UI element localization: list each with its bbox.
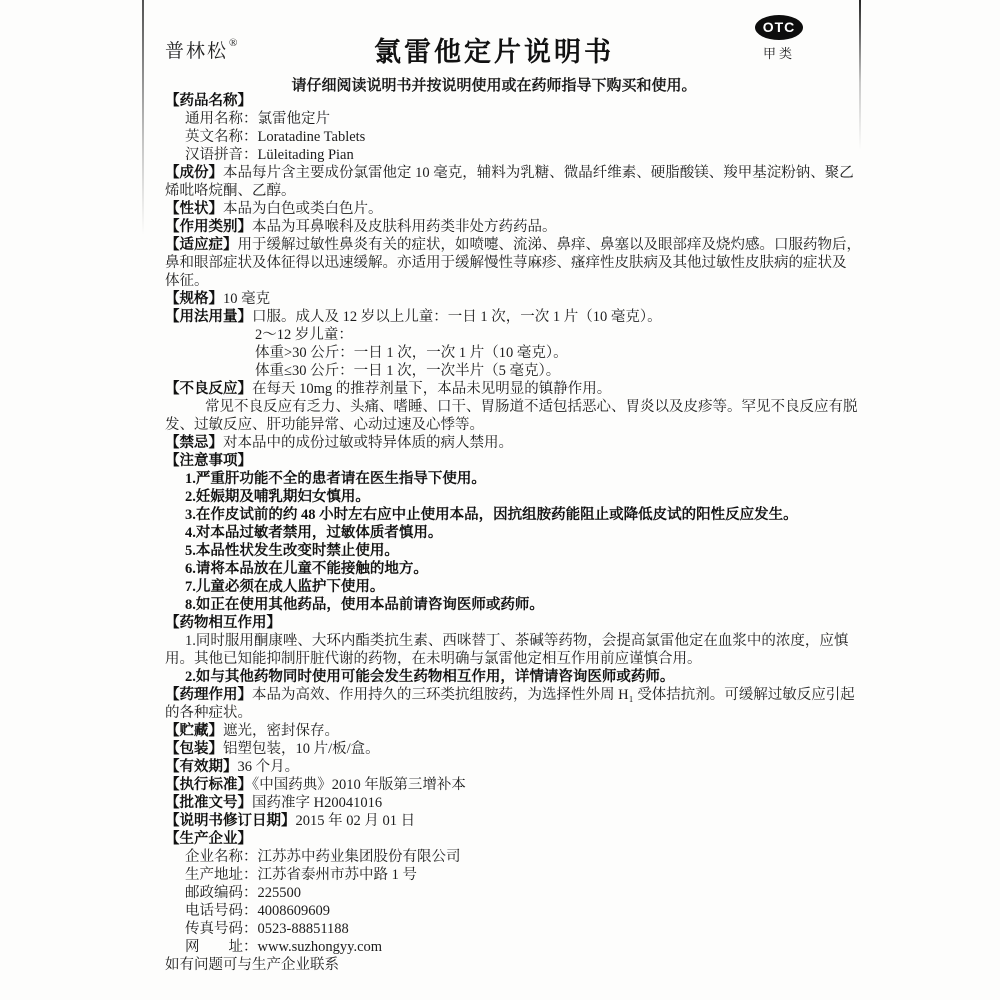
doc-text: 本品每片含主要成份氯雷他定 10 毫克，辅料为乳糖、微晶纤维素、硬脂酸镁、羧甲基… (223, 165, 854, 181)
doc-line: 传真号码：0523-88851188 (165, 920, 825, 938)
document-body: 【药品名称】通用名称：氯雷他定片英文名称：Loratadine Tablets汉… (165, 92, 825, 974)
doc-text: 烯吡咯烷酮、乙醇。 (165, 183, 296, 199)
doc-text: 邮政编码：225500 (185, 885, 301, 901)
otc-badge: OTC (755, 15, 803, 40)
doc-text: 体重>30 公斤：一日 1 次，一次 1 片（10 毫克）。 (255, 345, 568, 361)
section-heading: 【性状】 (165, 201, 223, 217)
section-heading: 【贮藏】 (165, 723, 223, 739)
section-heading: 【用法用量】 (165, 309, 252, 325)
doc-text: 电话号码：4008609609 (185, 903, 330, 919)
doc-text: 发、过敏反应、肝功能异常、心动过速及心悸等。 (165, 417, 484, 433)
doc-line: 【药理作用】本品为高效、作用持久的三环类抗组胺药，为选择性外周 H₁ 受体拮抗剂… (165, 686, 825, 704)
doc-line: 的各种症状。 (165, 704, 825, 722)
doc-text: 遮光，密封保存。 (223, 723, 339, 739)
doc-line: 【规格】10 毫克 (165, 290, 825, 308)
doc-line: 【贮藏】遮光，密封保存。 (165, 722, 825, 740)
fold-crease-right (859, 0, 861, 150)
doc-line: 如有问题可与生产企业联系 (165, 956, 825, 974)
section-heading: 【药理作用】 (165, 687, 252, 703)
doc-line: 用。其他已知能抑制肝脏代谢的药物，在未明确与氯雷他定相互作用前应谨慎合用。 (165, 650, 825, 668)
doc-line: 【说明书修订日期】2015 年 02 月 01 日 (165, 812, 825, 830)
doc-text: 2.妊娠期及哺乳期妇女慎用。 (185, 489, 370, 505)
doc-line: 邮政编码：225500 (165, 884, 825, 902)
doc-line: 6.请将本品放在儿童不能接触的地方。 (165, 560, 825, 578)
section-heading: 【药品名称】 (165, 93, 252, 109)
doc-text: 6.请将本品放在儿童不能接触的地方。 (185, 561, 428, 577)
doc-line: 【不良反应】在每天 10mg 的推荐剂量下，本品未见明显的镇静作用。 (165, 380, 825, 398)
doc-text: 2015 年 02 月 01 日 (296, 813, 416, 829)
doc-text: 口服。成人及 12 岁以上儿童：一日 1 次，一次 1 片（10 毫克）。 (252, 309, 662, 325)
doc-line: 鼻和眼部症状及体征得以迅速缓解。亦适用于缓解慢性荨麻疹、瘙痒性皮肤病及其他过敏性… (165, 254, 825, 272)
leaflet-title: 氯雷他定片说明书 (165, 30, 823, 69)
doc-line: 2.如与其他药物同时使用可能会发生药物相互作用，详情请咨询医师或药师。 (165, 668, 825, 686)
doc-text: 英文名称：Loratadine Tablets (185, 129, 365, 145)
doc-text: 体重≤30 公斤：一日 1 次，一次半片（5 毫克）。 (255, 363, 560, 379)
otc-mark: OTC 甲类 (750, 15, 808, 62)
doc-text: 在每天 10mg 的推荐剂量下，本品未见明显的镇静作用。 (252, 381, 611, 397)
otc-category-label: 甲类 (750, 43, 808, 62)
doc-text: 1.同时服用酮康唑、大环内酯类抗生素、西咪替丁、茶碱等药物，会提高氯雷他定在血浆… (185, 633, 848, 649)
doc-text: 8.如正在使用其他药品，使用本品前请咨询医师或药师。 (185, 597, 544, 613)
doc-text: 通用名称：氯雷他定片 (185, 111, 330, 127)
section-heading: 【不良反应】 (165, 381, 252, 397)
doc-text: 汉语拼音：Lüleitading Pian (185, 147, 354, 163)
doc-text: 网 址：www.suzhongyy.com (185, 939, 382, 955)
doc-line: 3.在作皮试前的约 48 小时左右应中止使用本品，因抗组胺药能阻止或降低皮试的阳… (165, 506, 825, 524)
doc-line: 【适应症】用于缓解过敏性鼻炎有关的症状，如喷嚏、流涕、鼻痒、鼻塞以及眼部痒及烧灼… (165, 236, 825, 254)
doc-text: 传真号码：0523-88851188 (185, 921, 349, 937)
doc-line: 2～12 岁儿童： (165, 326, 825, 344)
doc-line: 【注意事项】 (165, 452, 825, 470)
doc-line: 【用法用量】口服。成人及 12 岁以上儿童：一日 1 次，一次 1 片（10 毫… (165, 308, 825, 326)
section-heading: 【有效期】 (165, 759, 238, 775)
doc-text: 鼻和眼部症状及体征得以迅速缓解。亦适用于缓解慢性荨麻疹、瘙痒性皮肤病及其他过敏性… (165, 255, 847, 271)
doc-text: 7.儿童必须在成人监护下使用。 (185, 579, 384, 595)
doc-line: 1.严重肝功能不全的患者请在医生指导下使用。 (165, 470, 825, 488)
doc-line: 【有效期】36 个月。 (165, 758, 825, 776)
doc-text: 2～12 岁儿童： (255, 327, 353, 343)
doc-line: 7.儿童必须在成人监护下使用。 (165, 578, 825, 596)
doc-text: 常见不良反应有乏力、头痛、嗜睡、口干、胃肠道不适包括恶心、胃炎以及皮疹等。罕见不… (205, 399, 858, 415)
doc-text: 5.本品性状发生改变时禁止使用。 (185, 543, 399, 559)
doc-line: 体重≤30 公斤：一日 1 次，一次半片（5 毫克）。 (165, 362, 825, 380)
doc-line: 【生产企业】 (165, 830, 825, 848)
doc-text: 对本品中的成份过敏或特异体质的病人禁用。 (223, 435, 513, 451)
section-heading: 【药物相互作用】 (165, 615, 281, 631)
section-heading: 【作用类别】 (165, 219, 252, 235)
doc-line: 【作用类别】本品为耳鼻喉科及皮肤科用药类非处方药药品。 (165, 218, 825, 236)
doc-text: 2.如与其他药物同时使用可能会发生药物相互作用，详情请咨询医师或药师。 (185, 669, 674, 685)
doc-line: 发、过敏反应、肝功能异常、心动过速及心悸等。 (165, 416, 825, 434)
doc-line: 8.如正在使用其他药品，使用本品前请咨询医师或药师。 (165, 596, 825, 614)
fold-crease-left (142, 0, 144, 235)
section-heading: 【禁忌】 (165, 435, 223, 451)
section-heading: 【注意事项】 (165, 453, 252, 469)
doc-line: 【成份】本品每片含主要成份氯雷他定 10 毫克，辅料为乳糖、微晶纤维素、硬脂酸镁… (165, 164, 825, 182)
doc-text: 1.严重肝功能不全的患者请在医生指导下使用。 (185, 471, 486, 487)
doc-text: 本品为耳鼻喉科及皮肤科用药类非处方药药品。 (252, 219, 557, 235)
doc-line: 生产地址：江苏省泰州市苏中路 1 号 (165, 866, 825, 884)
doc-text: 《中国药典》2010 年版第三增补本 (252, 777, 466, 793)
section-heading: 【规格】 (165, 291, 223, 307)
section-heading: 【说明书修订日期】 (165, 813, 296, 829)
doc-text: 铝塑包装，10 片/板/盒。 (223, 741, 380, 757)
doc-text: 企业名称：江苏苏中药业集团股份有限公司 (185, 849, 461, 865)
doc-line: 体重>30 公斤：一日 1 次，一次 1 片（10 毫克）。 (165, 344, 825, 362)
doc-line: 通用名称：氯雷他定片 (165, 110, 825, 128)
doc-text: 的各种症状。 (165, 705, 252, 721)
doc-text: 本品为高效、作用持久的三环类抗组胺药，为选择性外周 H₁ 受体拮抗剂。可缓解过敏… (252, 687, 855, 703)
doc-text: 体征。 (165, 273, 209, 289)
doc-line: 电话号码：4008609609 (165, 902, 825, 920)
doc-line: 【药品名称】 (165, 92, 825, 110)
doc-text: 用于缓解过敏性鼻炎有关的症状，如喷嚏、流涕、鼻痒、鼻塞以及眼部痒及烧灼感。口服药… (238, 237, 862, 253)
doc-line: 【执行标准】《中国药典》2010 年版第三增补本 (165, 776, 825, 794)
doc-line: 4.对本品过敏者禁用，过敏体质者慎用。 (165, 524, 825, 542)
doc-line: 【药物相互作用】 (165, 614, 825, 632)
doc-line: 【包装】铝塑包装，10 片/板/盒。 (165, 740, 825, 758)
section-heading: 【批准文号】 (165, 795, 252, 811)
doc-line: 汉语拼音：Lüleitading Pian (165, 146, 825, 164)
doc-line: 5.本品性状发生改变时禁止使用。 (165, 542, 825, 560)
doc-line: 1.同时服用酮康唑、大环内酯类抗生素、西咪替丁、茶碱等药物，会提高氯雷他定在血浆… (165, 632, 825, 650)
section-heading: 【适应症】 (165, 237, 238, 253)
doc-text: 如有问题可与生产企业联系 (165, 957, 339, 973)
doc-text: 3.在作皮试前的约 48 小时左右应中止使用本品，因抗组胺药能阻止或降低皮试的阳… (185, 507, 798, 523)
doc-line: 体征。 (165, 272, 825, 290)
doc-line: 2.妊娠期及哺乳期妇女慎用。 (165, 488, 825, 506)
doc-line: 英文名称：Loratadine Tablets (165, 128, 825, 146)
doc-line: 【批准文号】国药准字 H20041016 (165, 794, 825, 812)
doc-line: 【禁忌】对本品中的成份过敏或特异体质的病人禁用。 (165, 434, 825, 452)
doc-line: 烯吡咯烷酮、乙醇。 (165, 182, 825, 200)
section-heading: 【执行标准】 (165, 777, 252, 793)
section-heading: 【包装】 (165, 741, 223, 757)
doc-line: 企业名称：江苏苏中药业集团股份有限公司 (165, 848, 825, 866)
doc-line: 常见不良反应有乏力、头痛、嗜睡、口干、胃肠道不适包括恶心、胃炎以及皮疹等。罕见不… (165, 398, 825, 416)
doc-text: 4.对本品过敏者禁用，过敏体质者慎用。 (185, 525, 442, 541)
section-heading: 【生产企业】 (165, 831, 252, 847)
doc-text: 本品为白色或类白色片。 (223, 201, 383, 217)
section-heading: 【成份】 (165, 165, 223, 181)
leaflet-page: 普林松® 氯雷他定片说明书 OTC 甲类 请仔细阅读说明书并按说明使用或在药师指… (0, 0, 1000, 1000)
doc-line: 网 址：www.suzhongyy.com (165, 938, 825, 956)
doc-text: 国药准字 H20041016 (252, 795, 382, 811)
doc-text: 用。其他已知能抑制肝脏代谢的药物，在未明确与氯雷他定相互作用前应谨慎合用。 (165, 651, 702, 667)
doc-text: 生产地址：江苏省泰州市苏中路 1 号 (185, 867, 417, 883)
doc-text: 36 个月。 (238, 759, 300, 775)
doc-text: 10 毫克 (223, 291, 270, 307)
doc-line: 【性状】本品为白色或类白色片。 (165, 200, 825, 218)
